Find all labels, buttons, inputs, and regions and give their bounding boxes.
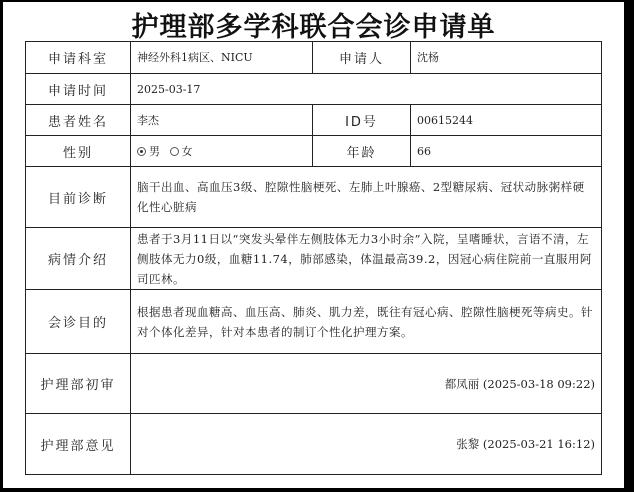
opinion-signature: 张黎 (2025-03-21 16:12) — [131, 414, 602, 475]
row-department: 申请科室 神经外科1病区、NICU 申请人 沈杨 — [26, 42, 602, 74]
initial-review-signature: 都凤丽 (2025-03-18 09:22) — [131, 354, 602, 414]
condition-value: 患者于3月11日以“突发头晕伴左侧肢体无力3小时余”入院，呈嗜睡状，言语不清，左… — [131, 228, 602, 290]
dept-label: 申请科室 — [26, 42, 131, 74]
row-gender-age: 性别 男 女 年龄 66 — [26, 136, 602, 167]
apply-time-label: 申请时间 — [26, 74, 131, 105]
diagnosis-value: 脑干出血、高血压3级、腔隙性脑梗死、左肺上叶腺癌、2型糖尿病、冠状动脉粥样硬化性… — [131, 167, 602, 228]
form-page: 护理部多学科联合会诊申请单 申请科室 神经外科1病区、NICU 申请人 沈杨 申… — [3, 2, 624, 488]
radio-unchecked-icon[interactable] — [170, 147, 179, 156]
applicant-label: 申请人 — [313, 42, 411, 74]
row-opinion: 护理部意见 张黎 (2025-03-21 16:12) — [26, 414, 602, 475]
purpose-value: 根据患者现血糖高、血压高、肺炎、肌力差，既往有冠心病、腔隙性脑梗死等病史。针对个… — [131, 290, 602, 354]
form-title: 护理部多学科联合会诊申请单 — [3, 12, 624, 44]
id-label: ID号 — [313, 105, 411, 136]
row-apply-time: 申请时间 2025-03-17 — [26, 74, 602, 105]
gender-option-female[interactable]: 女 — [170, 145, 193, 158]
dept-value: 神经外科1病区、NICU — [131, 42, 313, 74]
diagnosis-label: 目前诊断 — [26, 167, 131, 228]
radio-checked-icon[interactable] — [137, 147, 146, 156]
row-purpose: 会诊目的 根据患者现血糖高、血压高、肺炎、肌力差，既往有冠心病、腔隙性脑梗死等病… — [26, 290, 602, 354]
row-initial-review: 护理部初审 都凤丽 (2025-03-18 09:22) — [26, 354, 602, 414]
patient-name-label: 患者姓名 — [26, 105, 131, 136]
initial-review-label: 护理部初审 — [26, 354, 131, 414]
purpose-label: 会诊目的 — [26, 290, 131, 354]
age-value: 66 — [411, 136, 602, 167]
gender-radio-group: 男 女 — [131, 136, 313, 167]
apply-time-value: 2025-03-17 — [131, 74, 602, 105]
gender-female-label: 女 — [182, 145, 193, 158]
gender-male-label: 男 — [149, 145, 160, 158]
age-label: 年龄 — [313, 136, 411, 167]
row-patient: 患者姓名 李杰 ID号 00615244 — [26, 105, 602, 136]
gender-option-male[interactable]: 男 — [137, 145, 160, 158]
row-condition: 病情介绍 患者于3月11日以“突发头晕伴左侧肢体无力3小时余”入院，呈嗜睡状，言… — [26, 228, 602, 290]
patient-name-value: 李杰 — [131, 105, 313, 136]
row-diagnosis: 目前诊断 脑干出血、高血压3级、腔隙性脑梗死、左肺上叶腺癌、2型糖尿病、冠状动脉… — [26, 167, 602, 228]
opinion-label: 护理部意见 — [26, 414, 131, 475]
consultation-form-table: 申请科室 神经外科1病区、NICU 申请人 沈杨 申请时间 2025-03-17… — [25, 41, 602, 475]
gender-label: 性别 — [26, 136, 131, 167]
id-value: 00615244 — [411, 105, 602, 136]
condition-label: 病情介绍 — [26, 228, 131, 290]
applicant-value: 沈杨 — [411, 42, 602, 74]
